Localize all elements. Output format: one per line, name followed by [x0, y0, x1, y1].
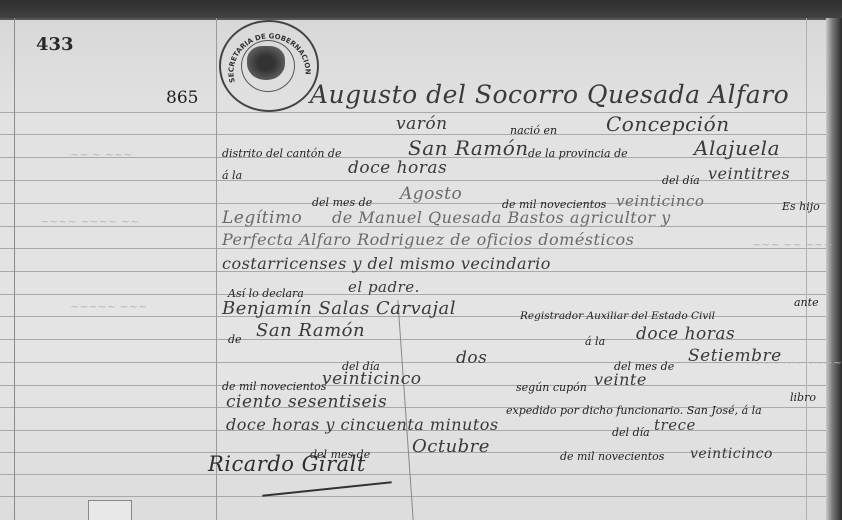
folio-number: 433: [36, 34, 74, 55]
birth-hour: doce horas: [348, 158, 447, 178]
ruled-line: [0, 496, 826, 497]
bleed-through-text: ~~~~ ~~~~ ~~: [40, 215, 139, 228]
sex: varón: [396, 114, 448, 134]
label-before: ante: [794, 296, 819, 309]
label-province: de la provincia de: [528, 147, 628, 160]
registration-place: San Ramón: [256, 320, 365, 341]
official-seal-stamp: SECRETARIA DE GOBERNACION Y POLICIA: [219, 20, 319, 112]
birth-place: Concepción: [606, 112, 730, 136]
label-of-day: del día: [662, 174, 700, 187]
father-info: de Manuel Quesada Bastos agricultor y: [332, 208, 671, 227]
registration-year: veinticinco: [322, 369, 421, 389]
margin-line: [14, 18, 15, 520]
registration-hour: doce horas: [636, 324, 735, 344]
birth-month: Agosto: [400, 184, 462, 204]
label-of-day-3: del día: [612, 426, 650, 439]
bleed-through-text: ~~ ~ ~~~: [70, 148, 132, 161]
registrar-name: Benjamín Salas Carvajal: [222, 298, 456, 319]
label-is-son: Es hijo: [782, 200, 820, 213]
legitimacy: Legítimo: [222, 208, 302, 228]
margin-line: [216, 18, 217, 520]
margin-line: [806, 18, 807, 520]
book-number: ciento sesentiseis: [226, 392, 387, 412]
issue-day: trece: [654, 416, 696, 434]
issue-time: doce horas y cincuenta minutos: [226, 415, 499, 434]
page-edge: [826, 18, 842, 520]
label-coupon: según cupón: [516, 381, 587, 394]
ruled-line: [0, 180, 826, 181]
index-tab: [88, 500, 132, 520]
label-year-3: de mil novecientos: [560, 450, 664, 463]
label-issued-by: expedido por dicho funcionario. San José…: [506, 404, 762, 417]
official-signature: Ricardo Giralt: [208, 452, 366, 476]
label-at-the: á la: [222, 169, 242, 182]
bleed-through-text: ~~~~~ ~~~: [70, 300, 147, 313]
child-name: Augusto del Socorro Quesada Alfaro: [310, 80, 789, 109]
label-at-the-2: á la: [585, 335, 605, 348]
label-of: de: [228, 333, 242, 346]
coat-of-arms-icon: [247, 46, 285, 80]
label-book: libro: [790, 391, 816, 404]
declarant: el padre.: [348, 278, 420, 296]
issue-month: Octubre: [412, 436, 490, 457]
canton: San Ramón: [408, 136, 529, 160]
registration-day: dos: [456, 348, 487, 368]
bleed-through-text: ~~~ ~~ ~~~: [752, 238, 833, 251]
province: Alajuela: [694, 136, 780, 160]
registration-month: Setiembre: [688, 346, 782, 366]
birth-day: veintitres: [708, 164, 790, 183]
entry-number: 865: [166, 88, 198, 108]
label-registrar-title: Registrador Auxiliar del Estado Civil: [520, 310, 715, 322]
mother-info: Perfecta Alfaro Rodriguez de oficios dom…: [222, 230, 634, 249]
nationality-residence: costarricenses y del mismo vecindario: [222, 254, 551, 273]
label-district-canton: distrito del cantón de: [222, 147, 342, 160]
ruled-line: [0, 474, 826, 475]
coupon-number: veinte: [594, 370, 647, 389]
issue-year: veinticinco: [690, 446, 773, 462]
